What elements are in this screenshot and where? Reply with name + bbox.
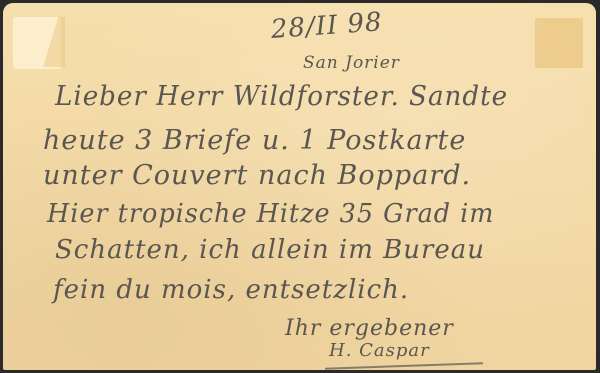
letter-line-3: unter Couvert nach Boppard. [43, 160, 471, 191]
signature: H. Caspar [329, 340, 430, 361]
signature-flourish [325, 362, 483, 370]
date: 28/II 98 [270, 7, 384, 45]
postcard: 28/II 98 San Jorier Lieber Herr Wildfors… [3, 3, 596, 370]
letter-line-5: Schatten, ich allein im Bureau [55, 235, 485, 265]
letter-line-2: heute 3 Briefe u. 1 Postkarte [43, 125, 466, 156]
place: San Jorier [303, 53, 400, 73]
closing: Ihr ergebener [285, 316, 454, 341]
stamp-residue [535, 18, 583, 68]
letter-line-4: Hier tropische Hitze 35 Grad im [47, 199, 494, 229]
letter-line-1: Lieber Herr Wildforster. Sandte [55, 81, 508, 112]
letter-line-6: fein du mois, entsetzlich. [53, 275, 409, 305]
